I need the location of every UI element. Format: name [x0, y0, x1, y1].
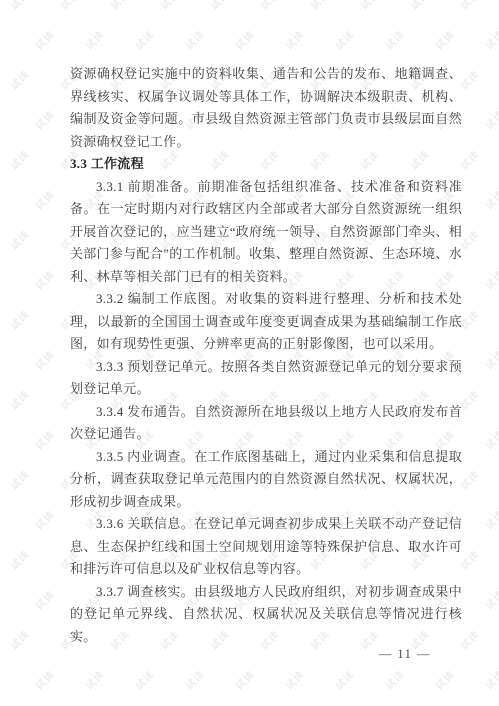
watermark-text: 试读 — [10, 390, 33, 413]
paragraph: 3.3.7 调查核实。由县级地方人民政府组织，对初步调查成果中的登记单元界线、自… — [70, 581, 462, 649]
watermark-text: 试读 — [460, 550, 483, 573]
document-page: 试读试读试读试读试读试读试读试读试读试读试读试读试读试读试读试读试读试读试读试读… — [0, 0, 499, 706]
paragraph: 3.3.3 预划登记单元。按照各类自然资源登记单元的划分要求预划登记单元。 — [70, 356, 462, 401]
watermark-text: 试读 — [260, 0, 283, 12]
document-content: 资源确权登记实施中的资料收集、通告和公告的发布、地籍调查、界线核实、权属争议调处… — [70, 63, 462, 648]
watermark-text: 试读 — [10, 230, 33, 253]
watermark-text: 试读 — [10, 70, 33, 93]
watermark-text: 试读 — [135, 670, 158, 693]
watermark-text: 试读 — [485, 270, 499, 293]
watermark-text: 试读 — [485, 350, 499, 373]
watermark-text: 试读 — [485, 670, 499, 693]
watermark-text: 试读 — [10, 150, 33, 173]
watermark-text: 试读 — [35, 670, 58, 693]
watermark-text: 试读 — [210, 0, 233, 12]
watermark-text: 试读 — [35, 270, 58, 293]
watermark-text: 试读 — [460, 230, 483, 253]
paragraph: 3.3.6 关联信息。在登记单元调查初步成果上关联不动产登记信息、生态保护红线和… — [70, 513, 462, 581]
watermark-text: 试读 — [35, 110, 58, 133]
watermark-text: 试读 — [10, 0, 33, 12]
watermark-text: 试读 — [485, 110, 499, 133]
watermark-text: 试读 — [410, 0, 433, 12]
watermark-text: 试读 — [485, 30, 499, 53]
paragraph: 资源确权登记实施中的资料收集、通告和公告的发布、地籍调查、界线核实、权属争议调处… — [70, 63, 462, 153]
watermark-text: 试读 — [235, 30, 258, 53]
paragraph: 3.3.4 发布通告。自然资源所在地县级以上地方人民政府发布首次登记通告。 — [70, 401, 462, 446]
watermark-text: 试读 — [35, 430, 58, 453]
watermark-text: 试读 — [10, 310, 33, 333]
watermark-text: 试读 — [335, 30, 358, 53]
paragraph: 3.3.5 内业调查。在工作底图基础上，通过内业采集和信息提取分析，调查获取登记… — [70, 446, 462, 514]
watermark-text: 试读 — [310, 0, 333, 12]
watermark-text: 试读 — [335, 670, 358, 693]
watermark-text: 试读 — [435, 670, 458, 693]
watermark-text: 试读 — [35, 510, 58, 533]
watermark-text: 试读 — [160, 0, 183, 12]
watermark-text: 试读 — [485, 510, 499, 533]
watermark-text: 试读 — [485, 190, 499, 213]
watermark-text: 试读 — [285, 670, 308, 693]
watermark-text: 试读 — [360, 0, 383, 12]
watermark-text: 试读 — [460, 310, 483, 333]
watermark-text: 试读 — [10, 470, 33, 493]
section-heading: 3.3 工作流程 — [70, 153, 462, 176]
watermark-text: 试读 — [185, 30, 208, 53]
watermark-text: 试读 — [460, 390, 483, 413]
watermark-text: 试读 — [485, 590, 499, 613]
watermark-text: 试读 — [485, 430, 499, 453]
watermark-text: 试读 — [110, 0, 133, 12]
page-number: — 11 — — [379, 647, 431, 662]
watermark-text: 试读 — [460, 150, 483, 173]
watermark-text: 试读 — [10, 630, 33, 653]
watermark-text: 试读 — [460, 0, 483, 12]
watermark-text: 试读 — [35, 350, 58, 373]
watermark-text: 试读 — [460, 630, 483, 653]
paragraph: 3.3.1 前期准备。前期准备包括组织准备、技术准备和资料准备。在一定时期内对行… — [70, 176, 462, 289]
watermark-text: 试读 — [85, 670, 108, 693]
watermark-text: 试读 — [10, 550, 33, 573]
watermark-text: 试读 — [35, 190, 58, 213]
watermark-text: 试读 — [235, 670, 258, 693]
watermark-text: 试读 — [185, 670, 208, 693]
watermark-text: 试读 — [35, 30, 58, 53]
watermark-text: 试读 — [460, 70, 483, 93]
watermark-text: 试读 — [35, 590, 58, 613]
watermark-text: 试读 — [460, 470, 483, 493]
watermark-text: 试读 — [135, 30, 158, 53]
watermark-text: 试读 — [85, 30, 108, 53]
watermark-text: 试读 — [385, 30, 408, 53]
watermark-text: 试读 — [385, 670, 408, 693]
watermark-text: 试读 — [285, 30, 308, 53]
paragraph: 3.3.2 编制工作底图。对收集的资料进行整理、分析和技术处理，以最新的全国国土… — [70, 288, 462, 356]
watermark-text: 试读 — [435, 30, 458, 53]
watermark-text: 试读 — [60, 0, 83, 12]
